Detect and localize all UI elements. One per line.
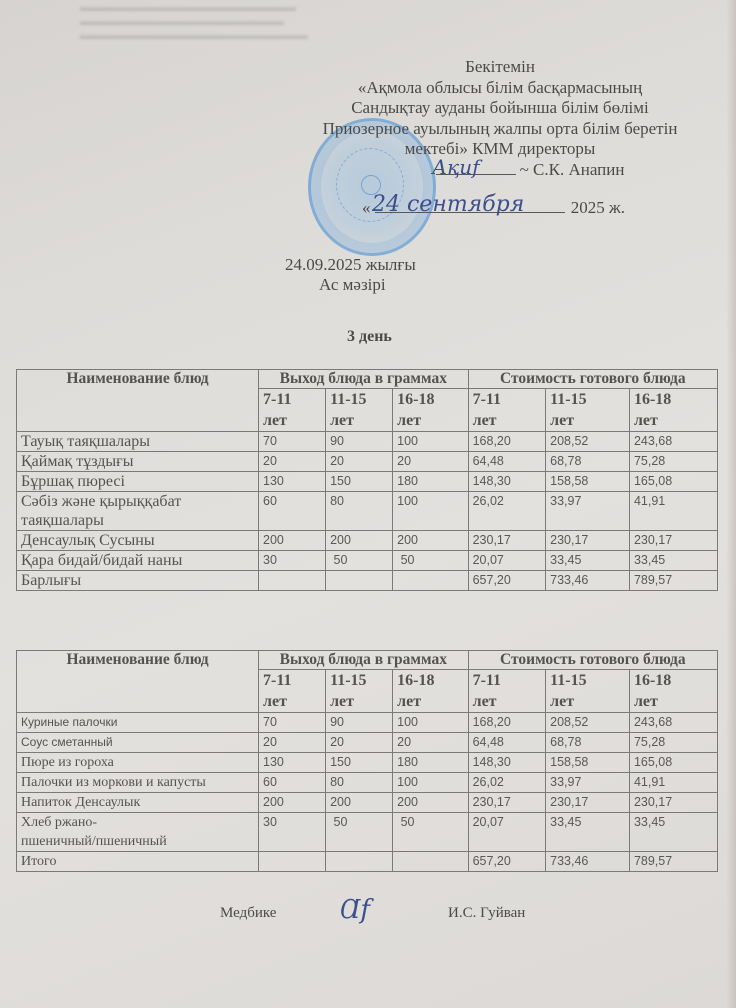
age-range: 7-11 bbox=[473, 391, 501, 408]
cost-cell: 20,07 bbox=[468, 551, 546, 571]
table-row: Тауық таяқшалары7090100168,20208,52243,6… bbox=[17, 432, 718, 452]
weight-cell: 90 bbox=[326, 432, 393, 452]
age-unit: лет bbox=[263, 693, 287, 710]
weight-cell: 50 bbox=[393, 813, 468, 852]
header-dish-name: Наименование блюд bbox=[17, 370, 259, 432]
cost-cell: 33,97 bbox=[546, 773, 630, 793]
header-cost: Стоимость готового блюда bbox=[468, 651, 717, 670]
dish-name: Хлеб ржано-пшеничный/пшеничный bbox=[17, 813, 259, 852]
table-row: Пюре из гороха130150180148,30158,58165,0… bbox=[17, 753, 718, 773]
age-group-header: 16-18лет bbox=[629, 670, 717, 713]
table-row: Соус сметанный20202064,4868,7875,28 bbox=[17, 733, 718, 753]
age-unit: лет bbox=[263, 412, 287, 429]
weight-cell: 200 bbox=[393, 793, 468, 813]
table-body: Куриные палочки7090100168,20208,52243,68… bbox=[17, 713, 718, 872]
approval-block: Бекітемін «Ақмола облысы білім басқармас… bbox=[300, 57, 700, 180]
weight-cell: 70 bbox=[259, 713, 326, 733]
cost-cell: 208,52 bbox=[546, 713, 630, 733]
dish-name: Пюре из гороха bbox=[17, 753, 259, 773]
weight-cell: 90 bbox=[326, 713, 393, 733]
age-group-header: 11-15лет bbox=[326, 670, 393, 713]
cost-cell: 33,45 bbox=[546, 813, 630, 852]
age-group-header: 7-11лет bbox=[468, 389, 546, 432]
cost-cell: 41,91 bbox=[629, 773, 717, 793]
header-weight: Выход блюда в граммах bbox=[259, 651, 469, 670]
cost-cell: 75,28 bbox=[629, 733, 717, 753]
cost-cell: 230,17 bbox=[468, 531, 546, 551]
age-range: 16-18 bbox=[397, 391, 434, 408]
weight-cell bbox=[259, 852, 326, 872]
cost-cell: 657,20 bbox=[468, 571, 546, 591]
header-weight: Выход блюда в граммах bbox=[259, 370, 469, 389]
handwritten-date: 24 сентября bbox=[372, 192, 524, 217]
weight-cell: 150 bbox=[326, 472, 393, 492]
age-unit: лет bbox=[550, 412, 574, 429]
dish-name: Палочки из моркови и капусты bbox=[17, 773, 259, 793]
cost-cell: 41,91 bbox=[629, 492, 717, 531]
weight-cell: 200 bbox=[326, 531, 393, 551]
menu-date: 24.09.2025 жылғы bbox=[285, 255, 416, 275]
cost-cell: 230,17 bbox=[629, 793, 717, 813]
age-group-header: 11-15лет bbox=[326, 389, 393, 432]
weight-cell: 100 bbox=[393, 713, 468, 733]
director-signature: Ақиf bbox=[432, 155, 480, 179]
menu-table-kazakh: Наименование блюд Выход блюда в граммах … bbox=[16, 369, 718, 591]
dish-name: Соус сметанный bbox=[17, 733, 259, 753]
age-group-header: 16-18лет bbox=[629, 389, 717, 432]
dish-name: Напиток Денсаулык bbox=[17, 793, 259, 813]
weight-cell: 60 bbox=[259, 773, 326, 793]
age-group-header: 16-18лет bbox=[393, 389, 468, 432]
weight-cell: 80 bbox=[326, 773, 393, 793]
cost-cell: 230,17 bbox=[468, 793, 546, 813]
age-unit: лет bbox=[397, 693, 421, 710]
date-year: 2025 ж. bbox=[571, 198, 625, 217]
table-row: Куриные палочки7090100168,20208,52243,68 bbox=[17, 713, 718, 733]
age-range: 11-15 bbox=[330, 391, 366, 408]
cost-cell: 733,46 bbox=[546, 852, 630, 872]
cost-cell: 33,45 bbox=[629, 551, 717, 571]
table-row: Напиток Денсаулык200200200230,17230,1723… bbox=[17, 793, 718, 813]
weight-cell bbox=[326, 852, 393, 872]
director-name: С.К. Анапин bbox=[533, 160, 624, 179]
age-range: 7-11 bbox=[263, 391, 291, 408]
age-range: 11-15 bbox=[550, 391, 586, 408]
cost-cell: 158,58 bbox=[546, 472, 630, 492]
dish-name: Куриные палочки bbox=[17, 713, 259, 733]
cost-cell: 789,57 bbox=[629, 571, 717, 591]
table-body: Тауық таяқшалары7090100168,20208,52243,6… bbox=[17, 432, 718, 591]
cost-cell: 208,52 bbox=[546, 432, 630, 452]
cost-cell: 75,28 bbox=[629, 452, 717, 472]
cost-cell: 26,02 bbox=[468, 773, 546, 793]
cost-cell: 165,08 bbox=[629, 472, 717, 492]
weight-cell: 100 bbox=[393, 432, 468, 452]
table-row: Палочки из моркови и капусты608010026,02… bbox=[17, 773, 718, 793]
age-unit: лет bbox=[330, 412, 354, 429]
cost-cell: 230,17 bbox=[546, 793, 630, 813]
age-unit: лет bbox=[473, 693, 497, 710]
bleed-through-text: ▬▬▬▬▬▬▬▬▬▬▬▬▬▬▬▬▬▬▬▬▬▬▬▬▬▬▬▬▬▬▬▬▬▬▬▬▬▬▬▬… bbox=[80, 0, 410, 60]
nurse-role: Медбике bbox=[220, 905, 276, 922]
cost-cell: 26,02 bbox=[468, 492, 546, 531]
age-group-header: 7-11лет bbox=[259, 389, 326, 432]
cost-cell: 165,08 bbox=[629, 753, 717, 773]
dish-name: Қара бидай/бидай наны bbox=[17, 551, 259, 571]
weight-cell: 50 bbox=[393, 551, 468, 571]
cost-cell: 64,48 bbox=[468, 452, 546, 472]
weight-cell: 100 bbox=[393, 492, 468, 531]
approval-line: Бекітемін bbox=[300, 57, 700, 78]
age-group-header: 7-11лет bbox=[468, 670, 546, 713]
weight-cell: 70 bbox=[259, 432, 326, 452]
dish-name: Барлығы bbox=[17, 571, 259, 591]
weight-cell: 200 bbox=[259, 793, 326, 813]
weight-cell: 130 bbox=[259, 753, 326, 773]
age-range: 16-18 bbox=[634, 672, 671, 689]
table-row: Хлеб ржано-пшеничный/пшеничный30 50 5020… bbox=[17, 813, 718, 852]
cost-cell: 168,20 bbox=[468, 432, 546, 452]
weight-cell: 30 bbox=[259, 551, 326, 571]
approval-line: Приозерное ауылының жалпы орта білім бер… bbox=[300, 119, 700, 140]
cost-cell: 33,45 bbox=[629, 813, 717, 852]
cost-cell: 68,78 bbox=[546, 733, 630, 753]
age-group-header: 16-18лет bbox=[393, 670, 468, 713]
age-unit: лет bbox=[634, 412, 658, 429]
table-row: Денсаулық Сусыны200200200230,17230,17230… bbox=[17, 531, 718, 551]
cost-cell: 168,20 bbox=[468, 713, 546, 733]
dish-name: Сәбіз және қырыққабат таяқшалары bbox=[17, 492, 259, 531]
cost-cell: 243,68 bbox=[629, 432, 717, 452]
weight-cell: 20 bbox=[259, 733, 326, 753]
approval-line: мектебі» КММ директоры bbox=[300, 139, 700, 160]
cost-cell: 158,58 bbox=[546, 753, 630, 773]
age-range: 11-15 bbox=[550, 672, 586, 689]
table-row: Сәбіз және қырыққабат таяқшалары60801002… bbox=[17, 492, 718, 531]
age-group-header: 11-15лет bbox=[546, 389, 630, 432]
header-cost: Стоимость готового блюда bbox=[468, 370, 717, 389]
weight-cell bbox=[393, 852, 468, 872]
weight-cell bbox=[393, 571, 468, 591]
cost-cell: 733,46 bbox=[546, 571, 630, 591]
weight-cell: 20 bbox=[326, 733, 393, 753]
weight-cell: 30 bbox=[259, 813, 326, 852]
dish-name: Бұршақ пюресі bbox=[17, 472, 259, 492]
weight-cell: 20 bbox=[393, 733, 468, 753]
date-quote: « bbox=[362, 198, 371, 217]
menu-title: Ас мәзірі bbox=[319, 275, 386, 295]
weight-cell: 180 bbox=[393, 753, 468, 773]
age-group-header: 11-15лет bbox=[546, 670, 630, 713]
paper-edge-shadow bbox=[726, 0, 736, 1008]
weight-cell: 20 bbox=[393, 452, 468, 472]
dish-name: Қаймақ тұздығы bbox=[17, 452, 259, 472]
weight-cell: 200 bbox=[326, 793, 393, 813]
cost-cell: 148,30 bbox=[468, 753, 546, 773]
cost-cell: 33,45 bbox=[546, 551, 630, 571]
age-unit: лет bbox=[397, 412, 421, 429]
approval-line: Сандықтау ауданы бойынша білім бөлімі bbox=[300, 98, 700, 119]
age-range: 11-15 bbox=[330, 672, 366, 689]
cost-cell: 230,17 bbox=[546, 531, 630, 551]
weight-cell: 200 bbox=[259, 531, 326, 551]
age-group-header: 7-11лет bbox=[259, 670, 326, 713]
weight-cell: 150 bbox=[326, 753, 393, 773]
weight-cell: 20 bbox=[326, 452, 393, 472]
weight-cell: 50 bbox=[326, 813, 393, 852]
cost-cell: 68,78 bbox=[546, 452, 630, 472]
dish-name: Тауық таяқшалары bbox=[17, 432, 259, 452]
nurse-name: И.С. Гуйван bbox=[448, 905, 525, 922]
age-range: 7-11 bbox=[263, 672, 291, 689]
weight-cell: 100 bbox=[393, 773, 468, 793]
nurse-signature: Ɑf bbox=[340, 895, 370, 925]
age-unit: лет bbox=[330, 693, 354, 710]
age-range: 16-18 bbox=[634, 391, 671, 408]
day-title: 3 день bbox=[347, 328, 392, 346]
cost-cell: 64,48 bbox=[468, 733, 546, 753]
age-unit: лет bbox=[473, 412, 497, 429]
cost-cell: 33,97 bbox=[546, 492, 630, 531]
table-row: Қаймақ тұздығы20202064,4868,7875,28 bbox=[17, 452, 718, 472]
age-range: 16-18 bbox=[397, 672, 434, 689]
age-unit: лет bbox=[550, 693, 574, 710]
table-row: Барлығы657,20733,46789,57 bbox=[17, 571, 718, 591]
weight-cell bbox=[326, 571, 393, 591]
weight-cell bbox=[259, 571, 326, 591]
weight-cell: 60 bbox=[259, 492, 326, 531]
weight-cell: 200 bbox=[393, 531, 468, 551]
age-range: 7-11 bbox=[473, 672, 501, 689]
cost-cell: 20,07 bbox=[468, 813, 546, 852]
header-dish-name: Наименование блюд bbox=[17, 651, 259, 713]
age-unit: лет bbox=[634, 693, 658, 710]
menu-table-russian: Наименование блюд Выход блюда в граммах … bbox=[16, 650, 718, 872]
cost-cell: 657,20 bbox=[468, 852, 546, 872]
cost-cell: 789,57 bbox=[629, 852, 717, 872]
dish-name: Денсаулық Сусыны bbox=[17, 531, 259, 551]
director-signature-line: ~ С.К. Анапин bbox=[300, 160, 700, 181]
cost-cell: 230,17 bbox=[629, 531, 717, 551]
weight-cell: 180 bbox=[393, 472, 468, 492]
cost-cell: 148,30 bbox=[468, 472, 546, 492]
weight-cell: 130 bbox=[259, 472, 326, 492]
weight-cell: 20 bbox=[259, 452, 326, 472]
weight-cell: 80 bbox=[326, 492, 393, 531]
dish-name: Итого bbox=[17, 852, 259, 872]
weight-cell: 50 bbox=[326, 551, 393, 571]
table-row: Итого657,20733,46789,57 bbox=[17, 852, 718, 872]
approval-line: «Ақмола облысы білім басқармасының bbox=[300, 78, 700, 99]
table-row: Қара бидай/бидай наны30 50 5020,0733,453… bbox=[17, 551, 718, 571]
cost-cell: 243,68 bbox=[629, 713, 717, 733]
table-row: Бұршақ пюресі130150180148,30158,58165,08 bbox=[17, 472, 718, 492]
